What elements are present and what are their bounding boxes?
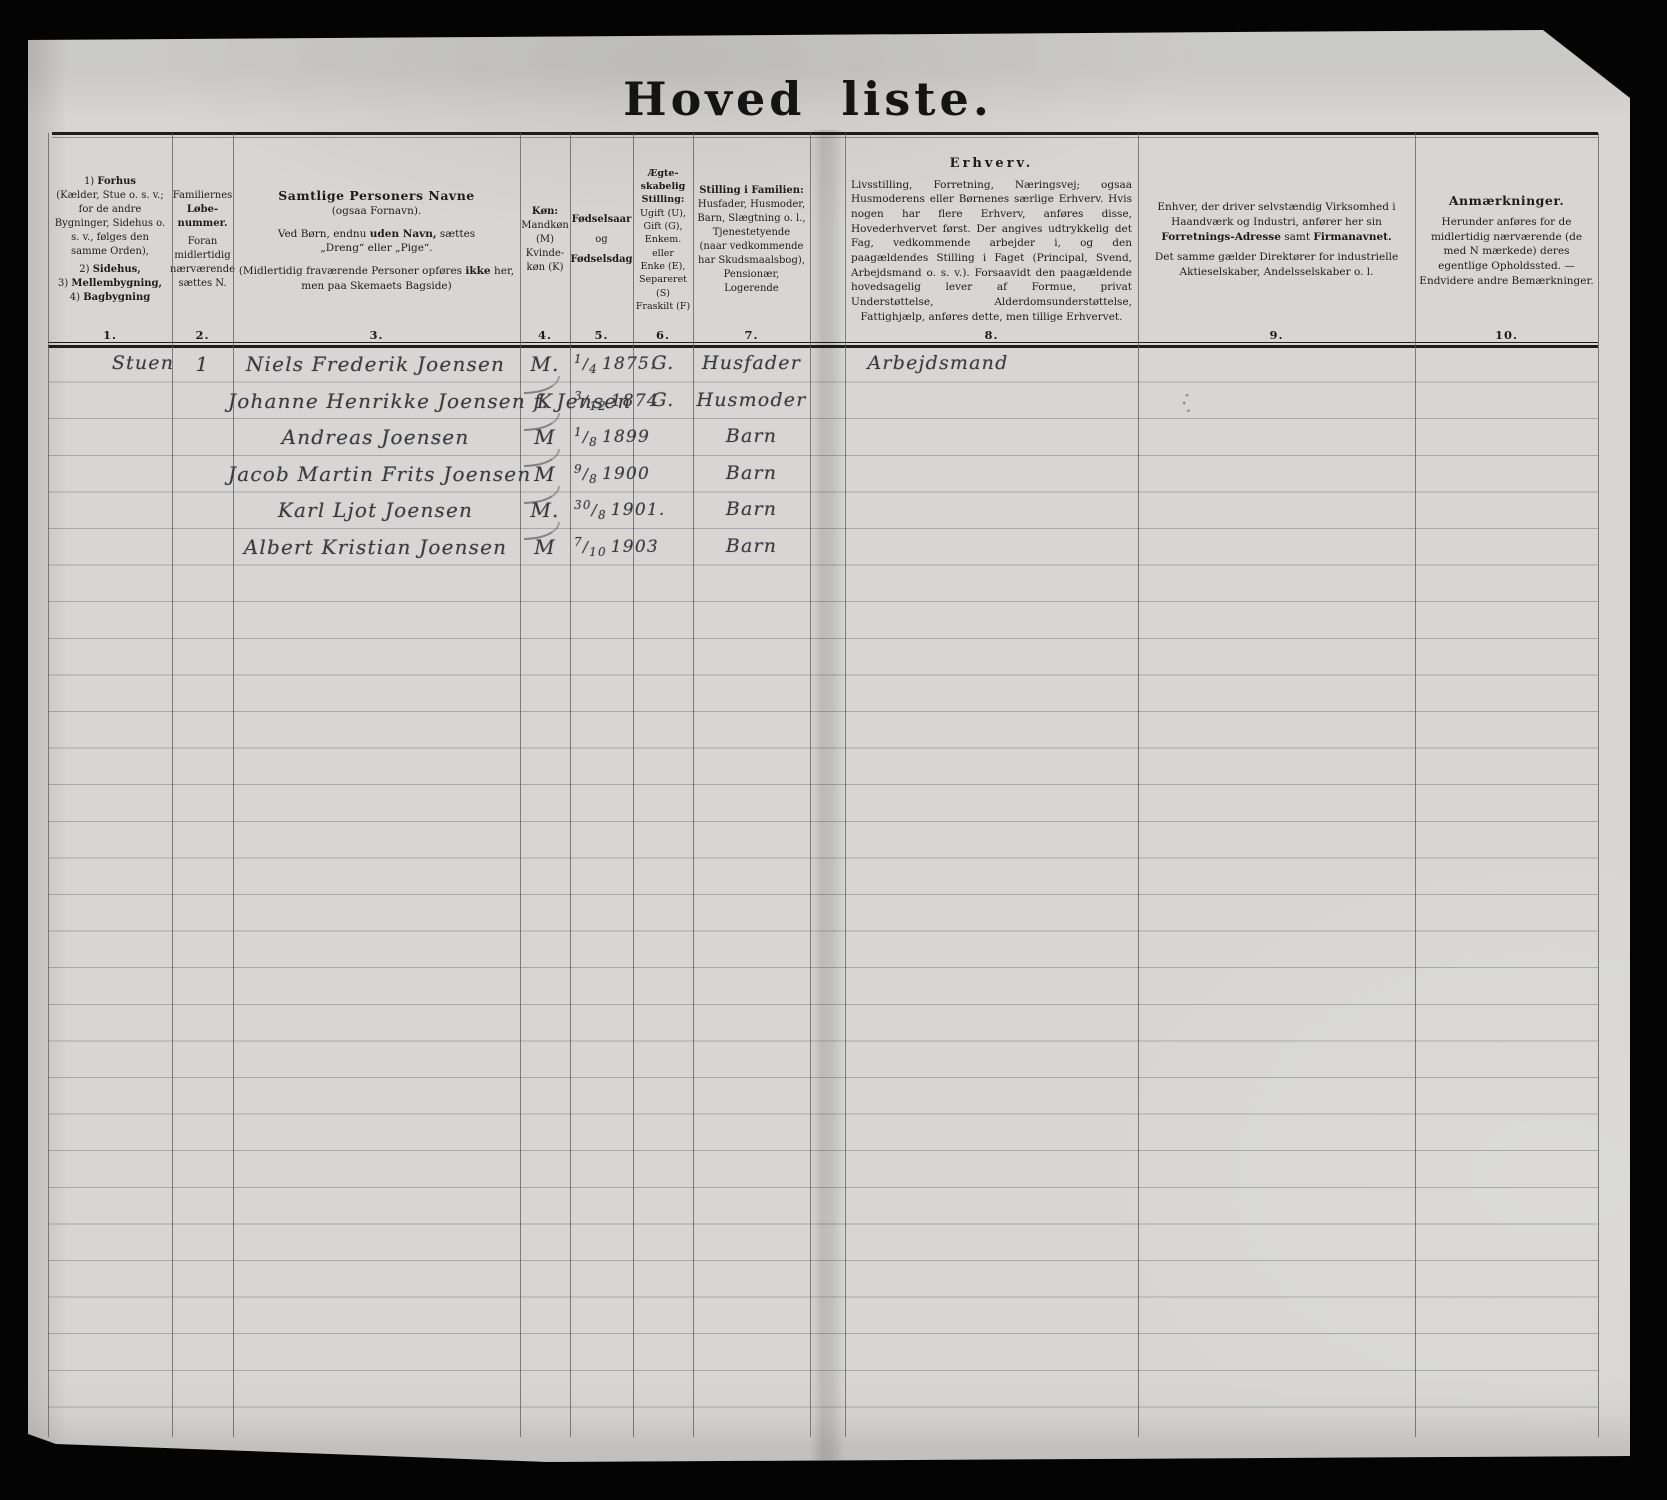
- birth-month: 8: [589, 435, 598, 449]
- header-text: (Midlertidig fraværende Personer opføres: [239, 265, 466, 277]
- birth-month: 10: [589, 545, 607, 559]
- column-line: [172, 133, 173, 1437]
- field-birthdate: 9/81900: [574, 462, 664, 486]
- birth-month: 4: [589, 362, 598, 376]
- column-number: 4.: [522, 327, 568, 343]
- column-number: 1.: [52, 327, 168, 343]
- header-line: 1) Forhus: [84, 175, 136, 189]
- header-text: Ved Børn, endnu: [278, 228, 370, 240]
- header-line: „Dreng“ eller „Pige“.: [320, 241, 432, 256]
- header-line: og: [595, 233, 607, 247]
- field-sex: K: [520, 389, 570, 413]
- field-family-position: Husmoder: [693, 389, 810, 411]
- header-title: Erhverv.: [950, 155, 1034, 173]
- field-sex: M: [520, 462, 570, 486]
- header-text: ikke: [465, 265, 490, 277]
- column-number: 9.: [1144, 327, 1409, 343]
- column-number: 3.: [237, 327, 516, 343]
- field-marital-status: G.: [633, 352, 693, 374]
- column-line: [520, 133, 521, 1437]
- census-record-row: Andreas Joensen M 1/81899 Barn: [28, 425, 1630, 461]
- header-text: Forhus: [97, 176, 136, 187]
- header-title: Anmærkninger.: [1449, 192, 1564, 210]
- header-line: Enhver, der driver selvstændig Virksomhe…: [1144, 200, 1409, 244]
- column-line: [1598, 133, 1599, 1437]
- header-line: Fødselsdag: [570, 253, 632, 267]
- header-line: Ved Børn, endnu uden Navn, sættes: [278, 227, 475, 242]
- column-header-building: 1) Forhus (Kælder, Stue o. s. v.; for de…: [52, 135, 168, 345]
- header-line: (Kælder, Stue o. s. v.; for de andre Byg…: [52, 189, 168, 259]
- column-header-family-position: Stilling i Familien: Husfader, Husmoder,…: [695, 135, 808, 345]
- header-line: Ugift (U), Gift (G), Enkem. eller Enke (…: [635, 207, 691, 313]
- header-text: 3): [58, 278, 71, 289]
- header-line: 3) Mellembygning,: [58, 277, 162, 291]
- census-record-row: Stuen 1 Niels Frederik Joensen M. 1/4187…: [28, 352, 1630, 388]
- header-line: Livsstilling, Forretning, Næringsvej; og…: [851, 178, 1132, 325]
- column-number: 6.: [635, 327, 691, 343]
- birth-year: 1900: [602, 464, 650, 484]
- header-line: Familiernes: [173, 189, 233, 203]
- column-line: [233, 133, 234, 1437]
- field-family-position: Barn: [693, 498, 810, 520]
- header-text: Bagbygning: [83, 292, 150, 303]
- column-header-occupation: Erhverv. Livsstilling, Forretning, Nærin…: [851, 135, 1132, 345]
- birth-day: 1: [574, 352, 583, 366]
- column-header-remarks: Anmærkninger. Herunder anføres for de mi…: [1419, 135, 1594, 345]
- column-line: [1138, 133, 1139, 1437]
- birth-day: 30: [574, 498, 592, 512]
- column-line: [48, 133, 49, 1437]
- header-line: Herunder anføres for de midlertidig nærv…: [1419, 215, 1594, 288]
- birth-month: 8: [598, 508, 607, 522]
- field-name: Albert Kristian Joensen: [228, 535, 523, 559]
- header-text: Mellembygning,: [71, 278, 162, 289]
- header-line: Løbe- nummer.: [178, 203, 228, 231]
- field-sex: M: [520, 425, 570, 449]
- birth-day: 7: [574, 535, 583, 549]
- birth-year: 1899: [602, 427, 650, 447]
- header-text: sættes: [437, 228, 476, 240]
- document-page: Hoved liste. 1) Forhus (Kælder, Stue o. …: [28, 30, 1630, 1462]
- census-record-row: Albert Kristian Joensen M 7/101903 Barn: [28, 535, 1630, 571]
- header-text: 2): [79, 264, 92, 275]
- header-line: (Midlertidig fraværende Personer opføres…: [237, 264, 516, 293]
- birth-month: 8: [589, 472, 598, 486]
- header-text: Firmanavnet.: [1313, 231, 1391, 243]
- field-name: Johanne Henrikke Joensen f. Jensen: [228, 389, 523, 413]
- column-header-birthdate: Fødselsaar og Fødselsdag 5.: [572, 135, 631, 345]
- birth-day: 3: [574, 389, 583, 403]
- column-line: [1415, 133, 1416, 1437]
- header-text: 1): [84, 176, 97, 187]
- header-line: Mandkøn (M) Kvinde- køn (K): [521, 219, 569, 275]
- field-occupation: Arbejdsmand: [818, 352, 1058, 374]
- field-family-position: Barn: [693, 462, 810, 484]
- birth-year: 1903: [611, 537, 659, 557]
- birth-month: 12: [589, 399, 607, 413]
- header-text: 4): [70, 292, 83, 303]
- field-marital-status: G.: [633, 389, 693, 411]
- field-birthdate: 7/101903: [574, 535, 664, 559]
- column-number: 2.: [174, 327, 231, 343]
- birth-day: 1: [574, 425, 583, 439]
- column-line: [570, 133, 571, 1437]
- field-family-number: 1: [172, 352, 233, 376]
- birth-day: 9: [574, 462, 583, 476]
- column-number: 8.: [851, 327, 1132, 343]
- page-fold-line: [845, 133, 846, 1437]
- scan-background: { "page": { "title": "Hoved liste." }, "…: [0, 0, 1667, 1500]
- page-title: Hoved liste.: [508, 72, 1108, 126]
- column-line: [633, 133, 634, 1437]
- column-header-marital-status: Ægte- skabelig Stilling: Ugift (U), Gift…: [635, 135, 691, 345]
- header-line: (ogsaa Fornavn).: [332, 204, 422, 219]
- field-name: Niels Frederik Joensen: [228, 352, 523, 376]
- column-number: 10.: [1419, 327, 1594, 343]
- census-record-row: Jacob Martin Frits Joensen M 9/81900 Bar…: [28, 462, 1630, 498]
- column-number: 5.: [572, 327, 631, 343]
- header-text: Enhver, der driver selvstændig Virksomhe…: [1157, 201, 1395, 228]
- column-number: 7.: [695, 327, 808, 343]
- header-line: 4) Bagbygning: [70, 291, 151, 305]
- column-header-sex: Køn: Mandkøn (M) Kvinde- køn (K) 4.: [522, 135, 568, 345]
- header-title: Samtlige Personers Navne: [278, 187, 475, 205]
- header-text: Sidehus,: [93, 264, 141, 275]
- field-family-position: Husfader: [693, 352, 810, 374]
- header-text: samt: [1281, 231, 1314, 243]
- column-header-business-address: Enhver, der driver selvstændig Virksomhe…: [1144, 135, 1409, 345]
- header-title: Ægte- skabelig Stilling:: [641, 167, 686, 207]
- field-sex: M: [520, 535, 570, 559]
- header-title: Stilling i Familien:: [699, 184, 803, 198]
- field-name: Karl Ljot Joensen: [228, 498, 523, 522]
- header-title: Køn:: [532, 205, 558, 219]
- header-line: Fødselsaar: [572, 213, 632, 227]
- book-gutter: [810, 130, 845, 1460]
- census-record-row: Karl Ljot Joensen M. 30/81901. Barn: [28, 498, 1630, 534]
- column-header-family-number: Familiernes Løbe- nummer. Foran midlerti…: [174, 135, 231, 345]
- header-text: Forretnings-Adresse: [1161, 231, 1281, 243]
- field-birthdate: 30/81901.: [574, 498, 664, 522]
- header-line: Foran midlertidig nærværende sættes N.: [170, 235, 235, 291]
- field-name: Jacob Martin Frits Joensen: [228, 462, 523, 486]
- column-header-names: Samtlige Personers Navne (ogsaa Fornavn)…: [237, 135, 516, 345]
- field-sex: M.: [520, 352, 570, 376]
- header-line: Husfader, Husmoder, Barn, Slægtning o. l…: [695, 198, 808, 296]
- field-family-position: Barn: [693, 535, 810, 557]
- column-line: [693, 133, 694, 1437]
- field-family-position: Barn: [693, 425, 810, 447]
- header-text: uden Navn,: [370, 228, 437, 240]
- header-line: 2) Sidehus,: [79, 263, 140, 277]
- header-line: Det samme gælder Direktører for industri…: [1144, 250, 1409, 279]
- field-name: Andreas Joensen: [228, 425, 523, 449]
- field-birthdate: 1/81899: [574, 425, 664, 449]
- field-sex: M.: [520, 498, 570, 522]
- census-record-row: Johanne Henrikke Joensen f. Jensen K 3/1…: [28, 389, 1630, 425]
- birth-year: 1901.: [611, 500, 666, 520]
